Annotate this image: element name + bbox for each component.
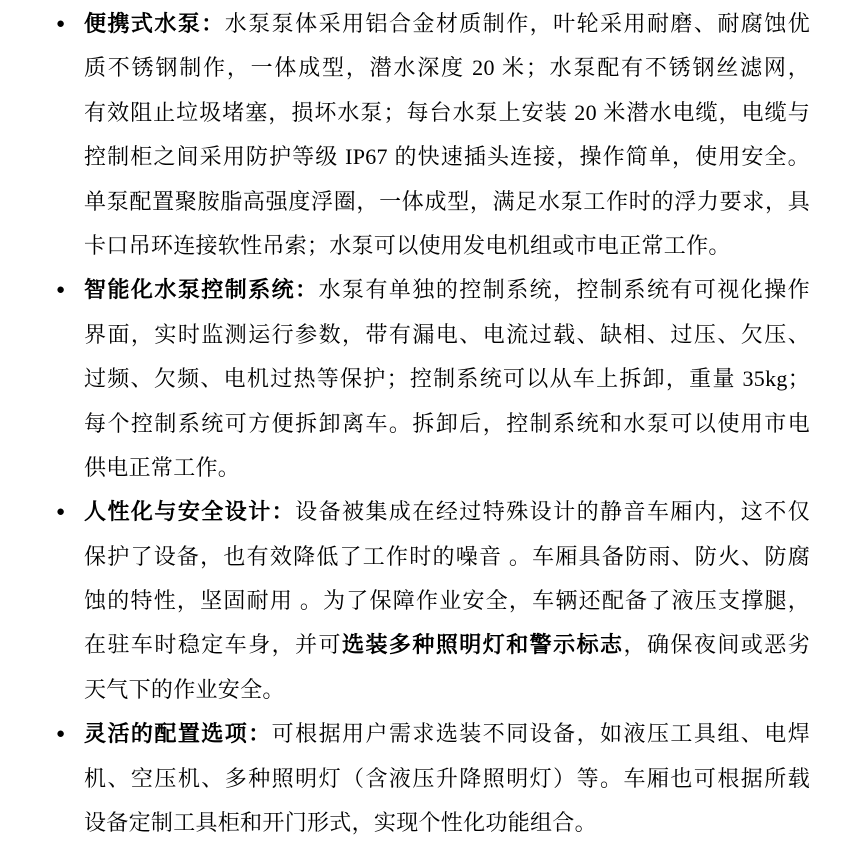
text-segment: 水泵有单独的控制系统，控制系统有可视化操作: [319, 277, 810, 302]
text-segment-bold: 便携式水泵：: [84, 11, 225, 36]
text-segment: 每个控制系统可方便拆卸离车。拆卸后，控制系统和水泵可以使用市电: [84, 411, 810, 436]
text-line: 天气下的作业安全。: [84, 668, 810, 712]
text-line: 单泵配置聚胺脂高强度浮圈，一体成型，满足水泵工作时的浮力要求，具: [84, 180, 810, 224]
text-line: 在驻车时稳定车身，并可选装多种照明灯和警示标志，确保夜间或恶劣: [84, 623, 810, 667]
bullet-item: ●智能化水泵控制系统：水泵有单独的控制系统，控制系统有可视化操作界面，实时监测运…: [84, 268, 810, 490]
text-segment-bold: 智能化水泵控制系统：: [84, 277, 319, 302]
document-page: ●便携式水泵：水泵泵体采用铝合金材质制作，叶轮采用耐磨、耐腐蚀优质不锈钢制作，一…: [0, 0, 860, 848]
text-segment: 天气下的作业安全。: [84, 677, 285, 702]
text-line: 蚀的特性，坚固耐用 。为了保障作业安全，车辆还配备了液压支撑腿，: [84, 579, 810, 623]
bullet-item: ●人性化与安全设计：设备被集成在经过特殊设计的静音车厢内，这不仅保护了设备，也有…: [84, 490, 810, 712]
text-segment: 可根据用户需求选装不同设备，如液压工具组、电焊: [272, 721, 810, 746]
text-line: 过频、欠频、电机过热等保护；控制系统可以从车上拆卸，重量 35kg；: [84, 357, 810, 401]
text-line: ●灵活的配置选项：可根据用户需求选装不同设备，如液压工具组、电焊: [84, 712, 810, 756]
text-segment-bold: 人性化与安全设计：: [84, 499, 295, 524]
text-segment-bold: 选装多种照明灯和警示标志: [342, 632, 623, 657]
bullet-marker-icon: ●: [56, 268, 76, 312]
text-segment: 单泵配置聚胺脂高强度浮圈，一体成型，满足水泵工作时的浮力要求，具: [84, 189, 810, 214]
text-segment: 设备被集成在经过特殊设计的静音车厢内，这不仅: [295, 499, 810, 524]
text-segment: 设备定制工具柜和开门形式，实现个性化功能组合。: [84, 810, 597, 835]
text-segment: 机、空压机、多种照明灯（含液压升降照明灯）等。车厢也可根据所载: [84, 766, 810, 791]
bullet-list: ●便携式水泵：水泵泵体采用铝合金材质制作，叶轮采用耐磨、耐腐蚀优质不锈钢制作，一…: [84, 2, 810, 845]
text-line: 质不锈钢制作，一体成型，潜水深度 20 米；水泵配有不锈钢丝滤网，: [84, 46, 810, 90]
text-segment: 过频、欠频、电机过热等保护；控制系统可以从车上拆卸，重量 35kg；: [84, 366, 810, 391]
text-line: 机、空压机、多种照明灯（含液压升降照明灯）等。车厢也可根据所载: [84, 757, 810, 801]
text-line: 有效阻止垃圾堵塞，损坏水泵；每台水泵上安装 20 米潜水电缆，电缆与: [84, 91, 810, 135]
bullet-item: ●便携式水泵：水泵泵体采用铝合金材质制作，叶轮采用耐磨、耐腐蚀优质不锈钢制作，一…: [84, 2, 810, 268]
text-segment: 水泵泵体采用铝合金材质制作，叶轮采用耐磨、耐腐蚀优: [225, 11, 810, 36]
text-segment: 有效阻止垃圾堵塞，损坏水泵；每台水泵上安装 20 米潜水电缆，电缆与: [84, 100, 810, 125]
text-line: ●人性化与安全设计：设备被集成在经过特殊设计的静音车厢内，这不仅: [84, 490, 810, 534]
bullet-marker-icon: ●: [56, 2, 76, 46]
text-line: 供电正常工作。: [84, 446, 810, 490]
text-segment: 质不锈钢制作，一体成型，潜水深度 20 米；水泵配有不锈钢丝滤网，: [84, 55, 810, 80]
text-line: 控制柜之间采用防护等级 IP67 的快速插头连接，操作简单，使用安全。: [84, 135, 810, 179]
text-segment: 蚀的特性，坚固耐用 。为了保障作业安全，车辆还配备了液压支撑腿，: [84, 588, 810, 613]
text-segment: ，确保夜间或恶劣: [624, 632, 811, 657]
text-line: 每个控制系统可方便拆卸离车。拆卸后，控制系统和水泵可以使用市电: [84, 402, 810, 446]
text-line: 卡口吊环连接软性吊索；水泵可以使用发电机组或市电正常工作。: [84, 224, 810, 268]
text-segment: 供电正常工作。: [84, 455, 240, 480]
text-segment-bold: 灵活的配置选项：: [84, 721, 272, 746]
text-line: ●便携式水泵：水泵泵体采用铝合金材质制作，叶轮采用耐磨、耐腐蚀优: [84, 2, 810, 46]
text-segment: 在驻车时稳定车身，并可: [84, 632, 342, 657]
text-line: 保护了设备，也有效降低了工作时的噪音 。车厢具备防雨、防火、防腐: [84, 535, 810, 579]
bullet-marker-icon: ●: [56, 490, 76, 534]
bullet-item: ●灵活的配置选项：可根据用户需求选装不同设备，如液压工具组、电焊机、空压机、多种…: [84, 712, 810, 845]
text-segment: 界面，实时监测运行参数，带有漏电、电流过载、缺相、过压、欠压、: [84, 322, 810, 347]
text-line: ●智能化水泵控制系统：水泵有单独的控制系统，控制系统有可视化操作: [84, 268, 810, 312]
text-segment: 保护了设备，也有效降低了工作时的噪音 。车厢具备防雨、防火、防腐: [84, 544, 810, 569]
text-line: 界面，实时监测运行参数，带有漏电、电流过载、缺相、过压、欠压、: [84, 313, 810, 357]
bullet-marker-icon: ●: [56, 712, 76, 756]
text-segment: 控制柜之间采用防护等级 IP67 的快速插头连接，操作简单，使用安全。: [84, 144, 810, 169]
text-segment: 卡口吊环连接软性吊索；水泵可以使用发电机组或市电正常工作。: [84, 233, 731, 258]
text-line: 设备定制工具柜和开门形式，实现个性化功能组合。: [84, 801, 810, 845]
